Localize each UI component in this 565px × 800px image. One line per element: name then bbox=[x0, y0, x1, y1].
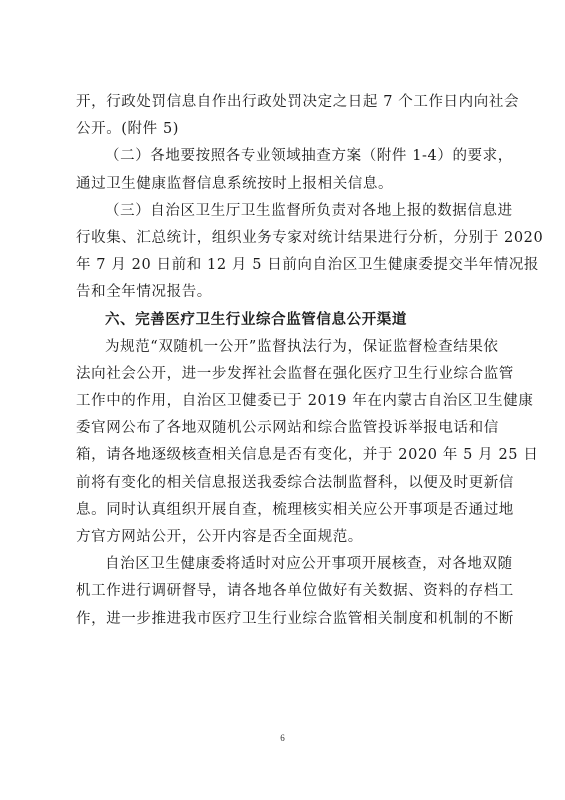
text-line: 开，行政处罚信息自作出行政处罚决定之日起 7 个工作日内向社会 bbox=[76, 89, 492, 116]
text-line: 委官网公布了各地双随机公示网站和综合监管投诉举报电话和信 bbox=[76, 415, 492, 442]
text-line: 作，进一步推进我市医疗卫生行业综合监管相关制度和机制的不断 bbox=[76, 606, 492, 633]
text-line: 机工作进行调研督导，请各地各单位做好有关数据、资料的存档工 bbox=[76, 578, 492, 605]
text-line: 法向社会公开，进一步发挥社会监督在强化医疗卫生行业综合监管 bbox=[76, 361, 492, 388]
text-line: 年 7 月 20 日前和 12 月 5 日前向自治区卫生健康委提交半年情况报 bbox=[76, 252, 492, 279]
text-line: 通过卫生健康监督信息系统按时上报相关信息。 bbox=[76, 171, 492, 198]
document-page: 开，行政处罚信息自作出行政处罚决定之日起 7 个工作日内向社会 公开。(附件 5… bbox=[0, 0, 565, 800]
paragraph-first-line: （二）各地要按照各专业领域抽查方案（附件 1-4）的要求， bbox=[76, 143, 492, 170]
paragraph-first-line: 自治区卫生健康委将适时对应公开事项开展核查，对各地双随 bbox=[76, 551, 492, 578]
text-line: 箱，请各地逐级核查相关信息是否有变化，并于 2020 年 5 月 25 日 bbox=[76, 442, 492, 469]
page-number: 6 bbox=[0, 733, 565, 743]
document-body: 开，行政处罚信息自作出行政处罚决定之日起 7 个工作日内向社会 公开。(附件 5… bbox=[76, 89, 492, 633]
section-heading: 六、完善医疗卫生行业综合监管信息公开渠道 bbox=[76, 307, 492, 334]
text-line: 工作中的作用，自治区卫健委已于 2019 年在内蒙古自治区卫生健康 bbox=[76, 388, 492, 415]
text-line: 公开。(附件 5) bbox=[76, 116, 492, 143]
text-line: 行收集、汇总统计，组织业务专家对统计结果进行分析，分别于 2020 bbox=[76, 225, 492, 252]
text-line: 告和全年情况报告。 bbox=[76, 279, 492, 306]
text-line: 方官方网站公开，公开内容是否全面规范。 bbox=[76, 524, 492, 551]
text-line: 息。同时认真组织开展自查，梳理核实相关应公开事项是否通过地 bbox=[76, 497, 492, 524]
text-line: 前将有变化的相关信息报送我委综合法制监督科，以便及时更新信 bbox=[76, 470, 492, 497]
paragraph-first-line: （三）自治区卫生厅卫生监督所负责对各地上报的数据信息进 bbox=[76, 198, 492, 225]
paragraph-first-line: 为规范“双随机一公开”监督执法行为，保证监督检查结果依 bbox=[76, 334, 492, 361]
